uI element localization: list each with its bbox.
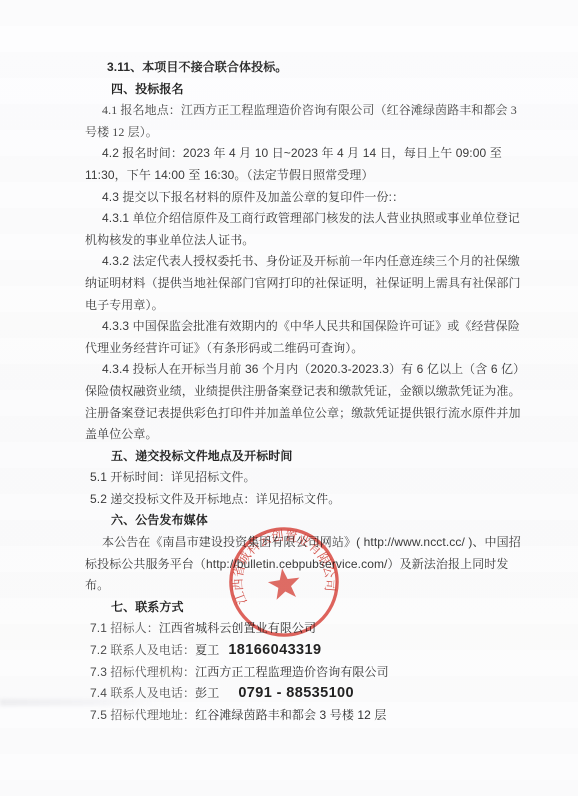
star-icon <box>266 566 302 600</box>
contact-number: 7.1 <box>90 621 107 635</box>
clause-4-3-3: 4.3.3 中国保监会批准有效期内的《中华人民共和国保险许可证》或《经营保险代理… <box>85 316 527 359</box>
contact-label: 招标人： <box>110 621 158 635</box>
contact-number: 7.5 <box>90 708 107 722</box>
clause-4-1: 4.1 报名地点：江西方正工程监理造价咨询有限公司（红谷滩绿茵路丰和都会 3 号… <box>85 100 527 143</box>
contact-row-agency: 7.3 招标代理机构：江西方正工程监理造价咨询有限公司 <box>85 662 527 684</box>
contact-row-contact-phone-1: 7.2 联系人及电话：夏工18166043319 <box>85 640 527 662</box>
clause-4-3: 4.3 提交以下报名材料的原件及加盖公章的复印件一份:： <box>85 187 527 209</box>
contact-number: 7.3 <box>90 665 107 679</box>
contact-label: 联系人及电话： <box>110 643 195 657</box>
contact-value: 红谷滩绿茵路丰和都会 3 号楼 12 层 <box>195 708 386 722</box>
section-heading-4: 四、投标报名 <box>85 79 527 101</box>
clause-3-11: 3.11、本项目不接合联合体投标。 <box>85 57 527 79</box>
contact-label: 招标代理地址： <box>110 708 195 722</box>
contact-label: 招标代理机构： <box>110 665 195 679</box>
scanned-document-page: 3.11、本项目不接合联合体投标。 四、投标报名 4.1 报名地点：江西方正工程… <box>0 0 578 796</box>
contact-value: 夏工 <box>195 643 219 657</box>
section-heading-5: 五、递交投标文件地点及开标时间 <box>85 446 527 468</box>
clause-4-3-4: 4.3.4 投标人在开标当月前 36 个月内（2020.3-2023.3）有 6… <box>85 359 527 445</box>
phone-number: 0791 - 88535100 <box>238 685 354 701</box>
contact-number: 7.2 <box>90 643 107 657</box>
clause-5-2: 5.2 递交投标文件及开标地点：详见招标文件。 <box>85 489 527 511</box>
contact-value: 彭工 <box>195 686 219 700</box>
clause-5-1: 5.1 开标时间：详见招标文件。 <box>85 467 527 489</box>
clause-4-3-1: 4.3.1 单位介绍信原件及工商行政管理部门核发的法人营业执照或事业单位登记机构… <box>85 208 527 251</box>
scan-smudge-artifact <box>0 699 165 706</box>
clause-4-3-2: 4.3.2 法定代表人授权委托书、身份证及开标前一年内任意连续三个月的社保缴纳证… <box>85 251 527 316</box>
contact-value: 江西方正工程监理造价咨询有限公司 <box>195 665 389 679</box>
contact-row-agency-address: 7.5 招标代理地址：红谷滩绿茵路丰和都会 3 号楼 12 层 <box>85 705 527 727</box>
company-seal-stamp: 江西省城科云创置业有限公司 <box>217 515 350 648</box>
clause-4-2: 4.2 报名时间：2023 年 4 月 10 日~2023 年 4 月 14 日… <box>85 143 527 186</box>
